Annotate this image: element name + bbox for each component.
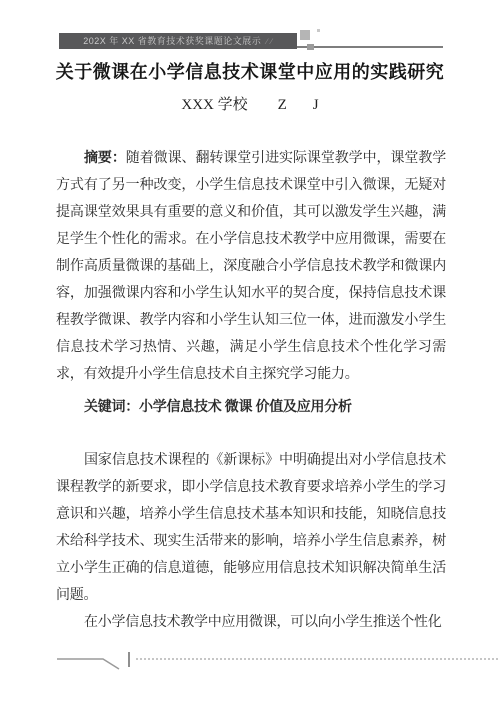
abstract-text: 随着微课、翻转课堂引进实际课堂教学中，课堂教学方式有了另一种改变，小学生信息技术… [56,151,446,382]
header-underline [297,46,443,48]
footer-separator-line [55,650,125,672]
keywords-line: 关键词：小学信息技术 微课 价值及应用分析 [56,394,446,421]
body-paragraph-2: 在小学信息技术教学中应用微课，可以向小学生推送个性化 [56,609,446,636]
header-banner: 202X 年 XX 省教育技术获奖课题论文展示∕ ∕ [59,33,297,49]
document-page: 202X 年 XX 省教育技术获奖课题论文展示∕ ∕ 关于微课在小学信息技术课堂… [0,0,500,708]
document-body: 摘要：随着微课、翻转课堂引进实际课堂教学中，课堂教学方式有了另一种改变，小学生信… [56,145,446,636]
keywords-text: 小学信息技术 微课 价值及应用分析 [139,400,352,415]
author-initial-2: J [313,97,319,113]
footer-divider-tick [128,652,130,667]
abstract-paragraph: 摘要：随着微课、翻转课堂引进实际课堂教学中，课堂教学方式有了另一种改变，小学生信… [56,145,446,388]
banner-line-square [307,44,314,50]
page-title: 关于微课在小学信息技术课堂中应用的实践研究 [0,58,500,84]
abstract-label: 摘要： [84,151,126,166]
school-name: XXX 学校 [181,97,247,113]
body-paragraph-1: 国家信息技术课程的《新课标》中明确提出对小学信息技术课程教学的新要求，即小学信息… [56,447,446,609]
banner-corner-square [300,30,310,40]
banner-dot [317,29,320,32]
keywords-label: 关键词： [84,400,139,415]
footer-dotted-line [136,658,498,660]
banner-slash-marks: ∕ ∕ [266,37,272,46]
author-initial-1: Z [278,97,287,113]
byline: XXX 学校ZJ [0,93,500,114]
banner-title: 202X 年 XX 省教育技术获奖课题论文展示 [83,36,261,46]
